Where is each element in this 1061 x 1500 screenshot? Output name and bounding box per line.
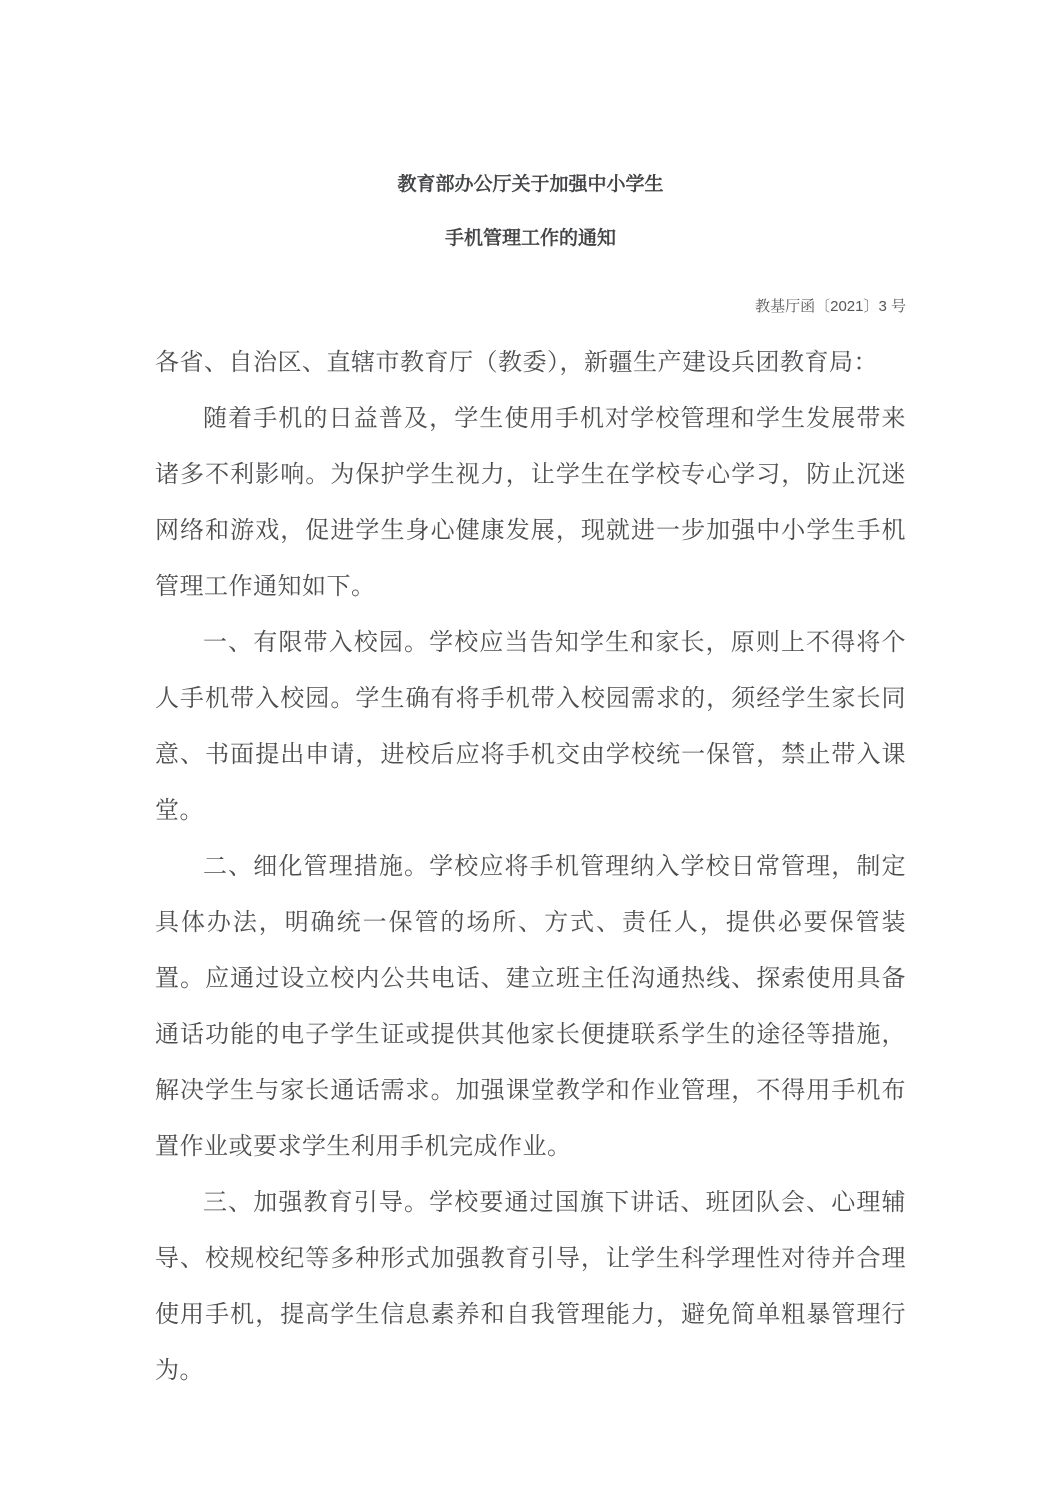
- document-title-line-2: 手机管理工作的通知: [155, 212, 906, 266]
- paragraph-item-3: 三、加强教育引导。学校要通过国旗下讲话、班团队会、心理辅导、校规校纪等多种形式加…: [155, 1175, 906, 1399]
- document-page: 教育部办公厅关于加强中小学生 手机管理工作的通知 教基厅函〔2021〕3 号 各…: [0, 0, 1061, 1500]
- paragraph-intro: 随着手机的日益普及，学生使用手机对学校管理和学生发展带来诸多不利影响。为保护学生…: [155, 391, 906, 615]
- document-body: 各省、自治区、直辖市教育厅（教委），新疆生产建设兵团教育局： 随着手机的日益普及…: [155, 322, 906, 1399]
- salutation-line: 各省、自治区、直辖市教育厅（教委），新疆生产建设兵团教育局：: [155, 335, 906, 391]
- document-title-line-1: 教育部办公厅关于加强中小学生: [155, 158, 906, 212]
- paragraph-item-1: 一、有限带入校园。学校应当告知学生和家长，原则上不得将个人手机带入校园。学生确有…: [155, 615, 906, 839]
- document-title: 教育部办公厅关于加强中小学生 手机管理工作的通知: [155, 0, 906, 266]
- document-number: 教基厅函〔2021〕3 号: [155, 266, 906, 322]
- document-content: 教育部办公厅关于加强中小学生 手机管理工作的通知 教基厅函〔2021〕3 号 各…: [155, 0, 906, 1399]
- paragraph-item-2: 二、细化管理措施。学校应将手机管理纳入学校日常管理，制定具体办法，明确统一保管的…: [155, 839, 906, 1175]
